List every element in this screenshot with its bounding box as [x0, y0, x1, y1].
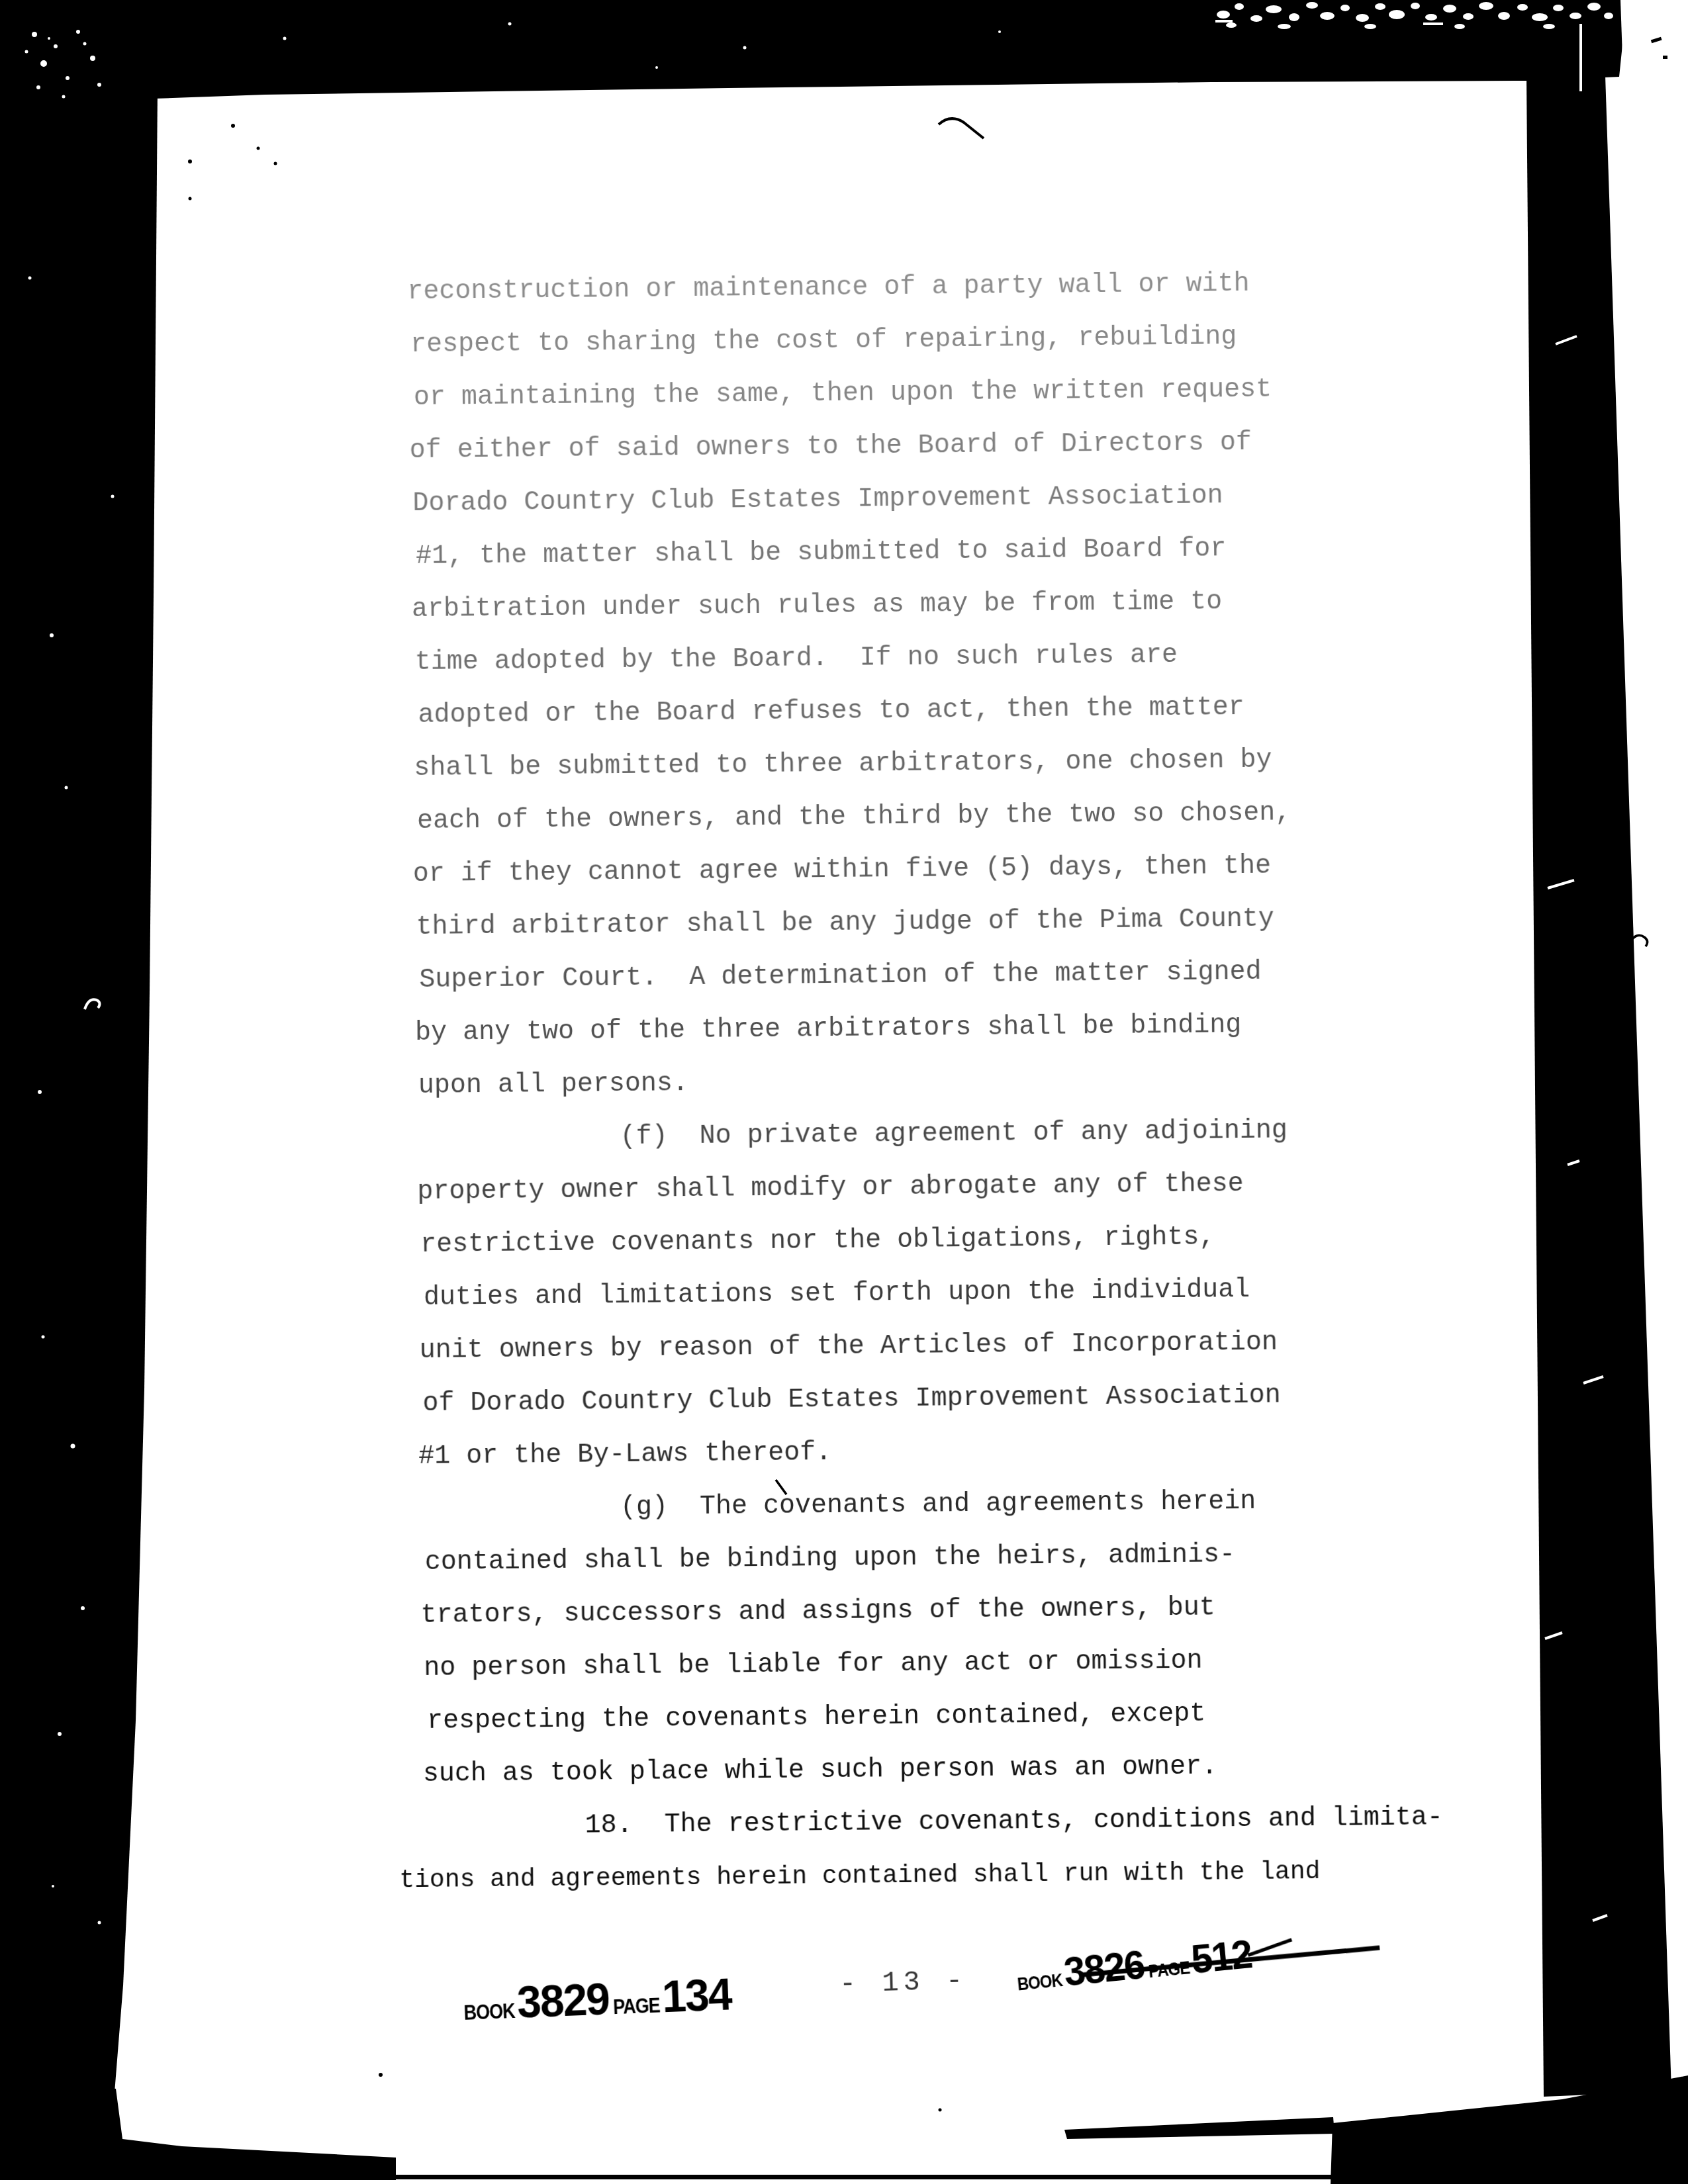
- book-number: 3829: [516, 1972, 610, 2028]
- left-scan-band: [0, 78, 158, 2093]
- tick-mark: [271, 56, 281, 69]
- typed-line: trators, successors and assigns of the o…: [420, 1580, 1480, 1643]
- typed-line: duties and limitations set forth upon th…: [424, 1262, 1483, 1325]
- typed-line: (g) The covenants and agreements herein: [422, 1474, 1481, 1537]
- typed-line: or if they cannot agree within five (5) …: [412, 839, 1472, 901]
- bottom-streak: [1064, 2117, 1335, 2139]
- typed-line: shall be submitted to three arbitrators,…: [414, 733, 1474, 796]
- typed-line: contained shall be binding upon the heir…: [424, 1527, 1484, 1590]
- typed-line: adopted or the Board refuses to act, the…: [418, 680, 1477, 743]
- bottom-right-blob: [1331, 2075, 1688, 2184]
- top-right-noise-strip: [1215, 2, 1613, 91]
- typed-line: each of the owners, and the third by the…: [417, 786, 1477, 848]
- top-right-white-corner: [1620, 0, 1688, 75]
- typed-text-block: reconstruction or maintenance of a party…: [410, 256, 1485, 1907]
- page-number-value: 512: [1189, 1931, 1253, 1983]
- book-label: BOOK: [463, 2000, 515, 2026]
- page-number-value: 134: [661, 1967, 732, 2023]
- typed-line: Dorado Country Club Estates Improvement …: [412, 468, 1472, 531]
- squiggle-mark: [939, 118, 984, 138]
- typed-line: respecting the covenants herein containe…: [427, 1686, 1487, 1749]
- right-band-scratches: [1545, 336, 1607, 1921]
- top-left-speckles: [25, 23, 1002, 99]
- typed-line: time adopted by the Board. If no such ru…: [414, 627, 1474, 690]
- top-scan-band: [0, 0, 1627, 102]
- typed-line: #1 or the By-Laws thereof.: [418, 1421, 1478, 1484]
- typed-line: property owner shall modify or abrogate …: [417, 1156, 1477, 1219]
- left-band-speckles: [28, 277, 115, 1925]
- typed-line: no person shall be liable for any act or…: [424, 1633, 1483, 1696]
- right-scan-band: [1526, 75, 1671, 2097]
- typed-line: reconstruction or maintenance of a party…: [407, 256, 1467, 319]
- typed-line: 18. The restrictive covenants, condition…: [426, 1792, 1485, 1854]
- book-label: BOOK: [1017, 1970, 1064, 1996]
- typed-line: arbitration under such rules as may be f…: [412, 574, 1472, 637]
- typed-line: of either of said owners to the Board of…: [409, 415, 1469, 478]
- typed-line: Superior Court. A determination of the m…: [419, 944, 1479, 1007]
- typed-line: #1, the matter shall be submitted to sai…: [416, 521, 1476, 584]
- typed-line: third arbitrator shall be any judge of t…: [416, 891, 1476, 954]
- margin-dash: [1651, 37, 1662, 44]
- typed-line: restrictive covenants nor the obligation…: [420, 1209, 1480, 1272]
- typed-line: upon all persons.: [418, 1050, 1478, 1113]
- typed-line: (f) No private agreement of any adjoinin…: [421, 1103, 1481, 1166]
- typed-line: respect to sharing the cost of repairing…: [410, 309, 1470, 372]
- margin-dot: [1663, 56, 1667, 59]
- book-page-stamp-right: BOOK 3826 PAGE 512: [1015, 1931, 1258, 1999]
- book-page-stamp-left: BOOK 3829 PAGE 134: [463, 1968, 736, 2029]
- typed-line: tions and agreements herein contained sh…: [399, 1844, 1489, 1907]
- typed-line: of Dorado Country Club Estates Improveme…: [422, 1368, 1482, 1431]
- typed-line: by any two of the three arbitrators shal…: [415, 997, 1475, 1060]
- typed-line: unit owners by reason of the Articles of…: [419, 1315, 1479, 1378]
- page-number-marker: - 13 -: [839, 1965, 967, 2000]
- margin-squiggle: [1630, 935, 1648, 946]
- bottom-hairline: [50, 2175, 1640, 2179]
- page-label: PAGE: [613, 1994, 661, 2019]
- typed-line: or maintaining the same, then upon the w…: [414, 362, 1474, 425]
- bottom-left-blob: [0, 2083, 396, 2180]
- typed-line: such as took place while such person was…: [423, 1739, 1483, 1801]
- scanned-document-page: reconstruction or maintenance of a party…: [0, 0, 1688, 2184]
